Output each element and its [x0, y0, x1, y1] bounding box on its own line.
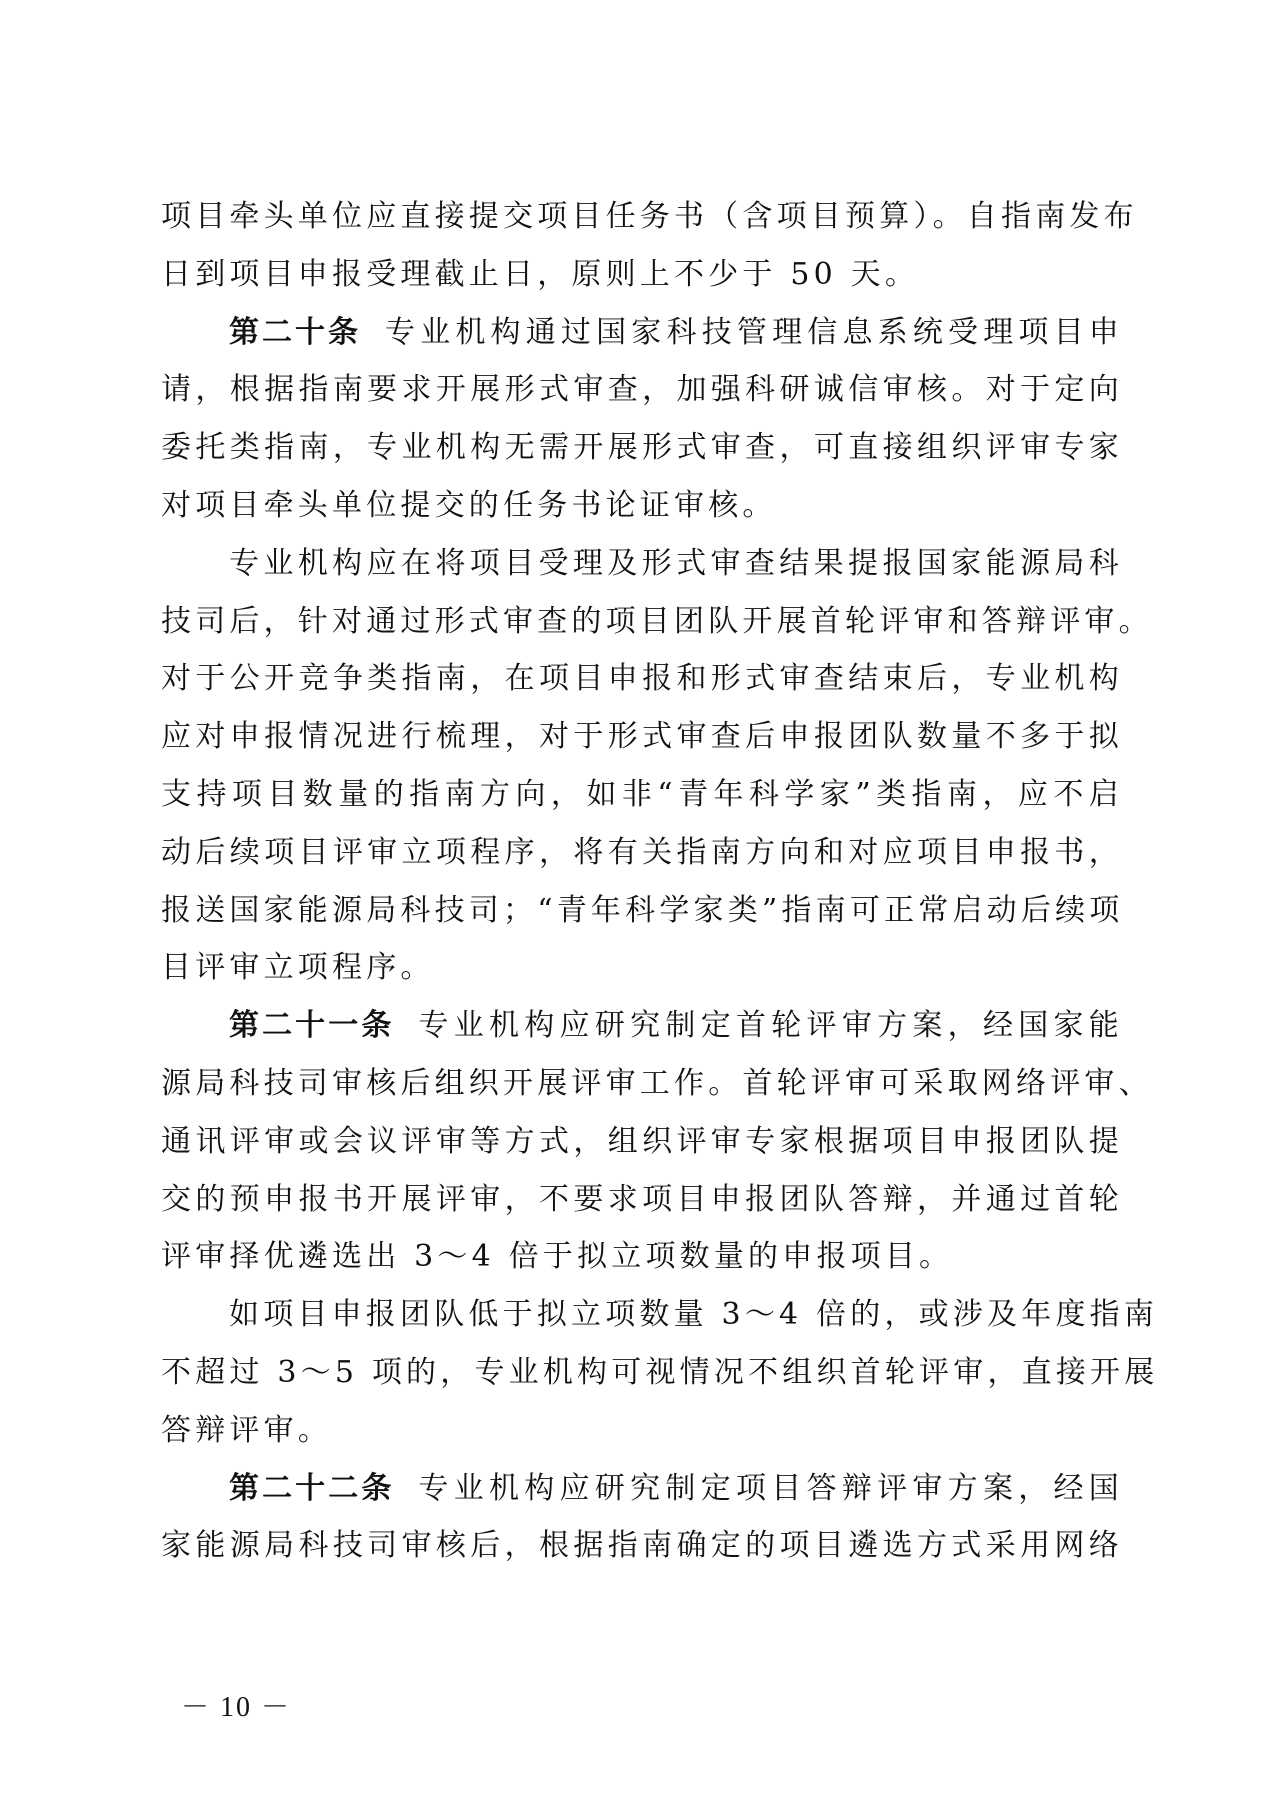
- text-line: 答辩评审。: [161, 1402, 1123, 1460]
- text-line: 动后续项目评审立项程序，将有关指南方向和对应项目申报书，: [161, 824, 1123, 882]
- text-line: 如项目申报团队低于拟立项数量 3～4 倍的，或涉及年度指南: [161, 1286, 1123, 1344]
- text-line: 不超过 3～5 项的，专业机构可视情况不组织首轮评审，直接开展: [161, 1344, 1123, 1402]
- text-line: 日到项目申报受理截止日，原则上不少于 50 天。: [161, 246, 1123, 304]
- text-line: 家能源局科技司审核后，根据指南确定的项目遴选方式采用网络: [161, 1517, 1123, 1575]
- text-line: 报送国家能源局科技司；“青年科学家类”指南可正常启动后续项: [161, 882, 1123, 940]
- text-line: 源局科技司审核后组织开展评审工作。首轮评审可采取网络评审、: [161, 1055, 1123, 1113]
- text-line: 通讯评审或会议评审等方式，组织评审专家根据项目申报团队提: [161, 1113, 1123, 1171]
- text-line: 技司后，针对通过形式审查的项目团队开展首轮评审和答辩评审。: [161, 593, 1123, 651]
- text-line: 目评审立项程序。: [161, 939, 1123, 997]
- text-line: 应对申报情况进行梳理，对于形式审查后申报团队数量不多于拟: [161, 708, 1123, 766]
- article-22-heading-line: 第二十二条专业机构应研究制定项目答辩评审方案，经国: [161, 1460, 1123, 1518]
- article-number: 第二十条: [229, 315, 361, 350]
- page-number: － 10 －: [181, 1688, 291, 1728]
- article-21-heading-line: 第二十一条专业机构应研究制定首轮评审方案，经国家能: [161, 997, 1123, 1055]
- text-line: 项目牵头单位应直接提交项目任务书（含项目预算）。自指南发布: [161, 188, 1123, 246]
- article-number: 第二十一条: [229, 1008, 394, 1043]
- text-line: 专业机构通过国家科技管理信息系统受理项目申: [385, 315, 1123, 350]
- text-line: 专业机构应研究制定项目答辩评审方案，经国: [418, 1471, 1123, 1506]
- document-body: 项目牵头单位应直接提交项目任务书（含项目预算）。自指南发布 日到项目申报受理截止…: [161, 188, 1123, 1575]
- text-line: 委托类指南，专业机构无需开展形式审查，可直接组织评审专家: [161, 419, 1123, 477]
- article-20-heading-line: 第二十条专业机构通过国家科技管理信息系统受理项目申: [161, 304, 1123, 362]
- article-number: 第二十二条: [229, 1471, 394, 1506]
- text-line: 对于公开竞争类指南，在项目申报和形式审查结束后，专业机构: [161, 650, 1123, 708]
- text-line: 专业机构应研究制定首轮评审方案，经国家能: [418, 1008, 1123, 1043]
- text-line: 交的预申报书开展评审，不要求项目申报团队答辩，并通过首轮: [161, 1171, 1123, 1229]
- text-line: 对项目牵头单位提交的任务书论证审核。: [161, 477, 1123, 535]
- text-line: 支持项目数量的指南方向，如非“青年科学家”类指南，应不启: [161, 766, 1123, 824]
- text-line: 专业机构应在将项目受理及形式审查结果提报国家能源局科: [161, 535, 1123, 593]
- text-line: 请，根据指南要求开展形式审查，加强科研诚信审核。对于定向: [161, 361, 1123, 419]
- text-line: 评审择优遴选出 3～4 倍于拟立项数量的申报项目。: [161, 1228, 1123, 1286]
